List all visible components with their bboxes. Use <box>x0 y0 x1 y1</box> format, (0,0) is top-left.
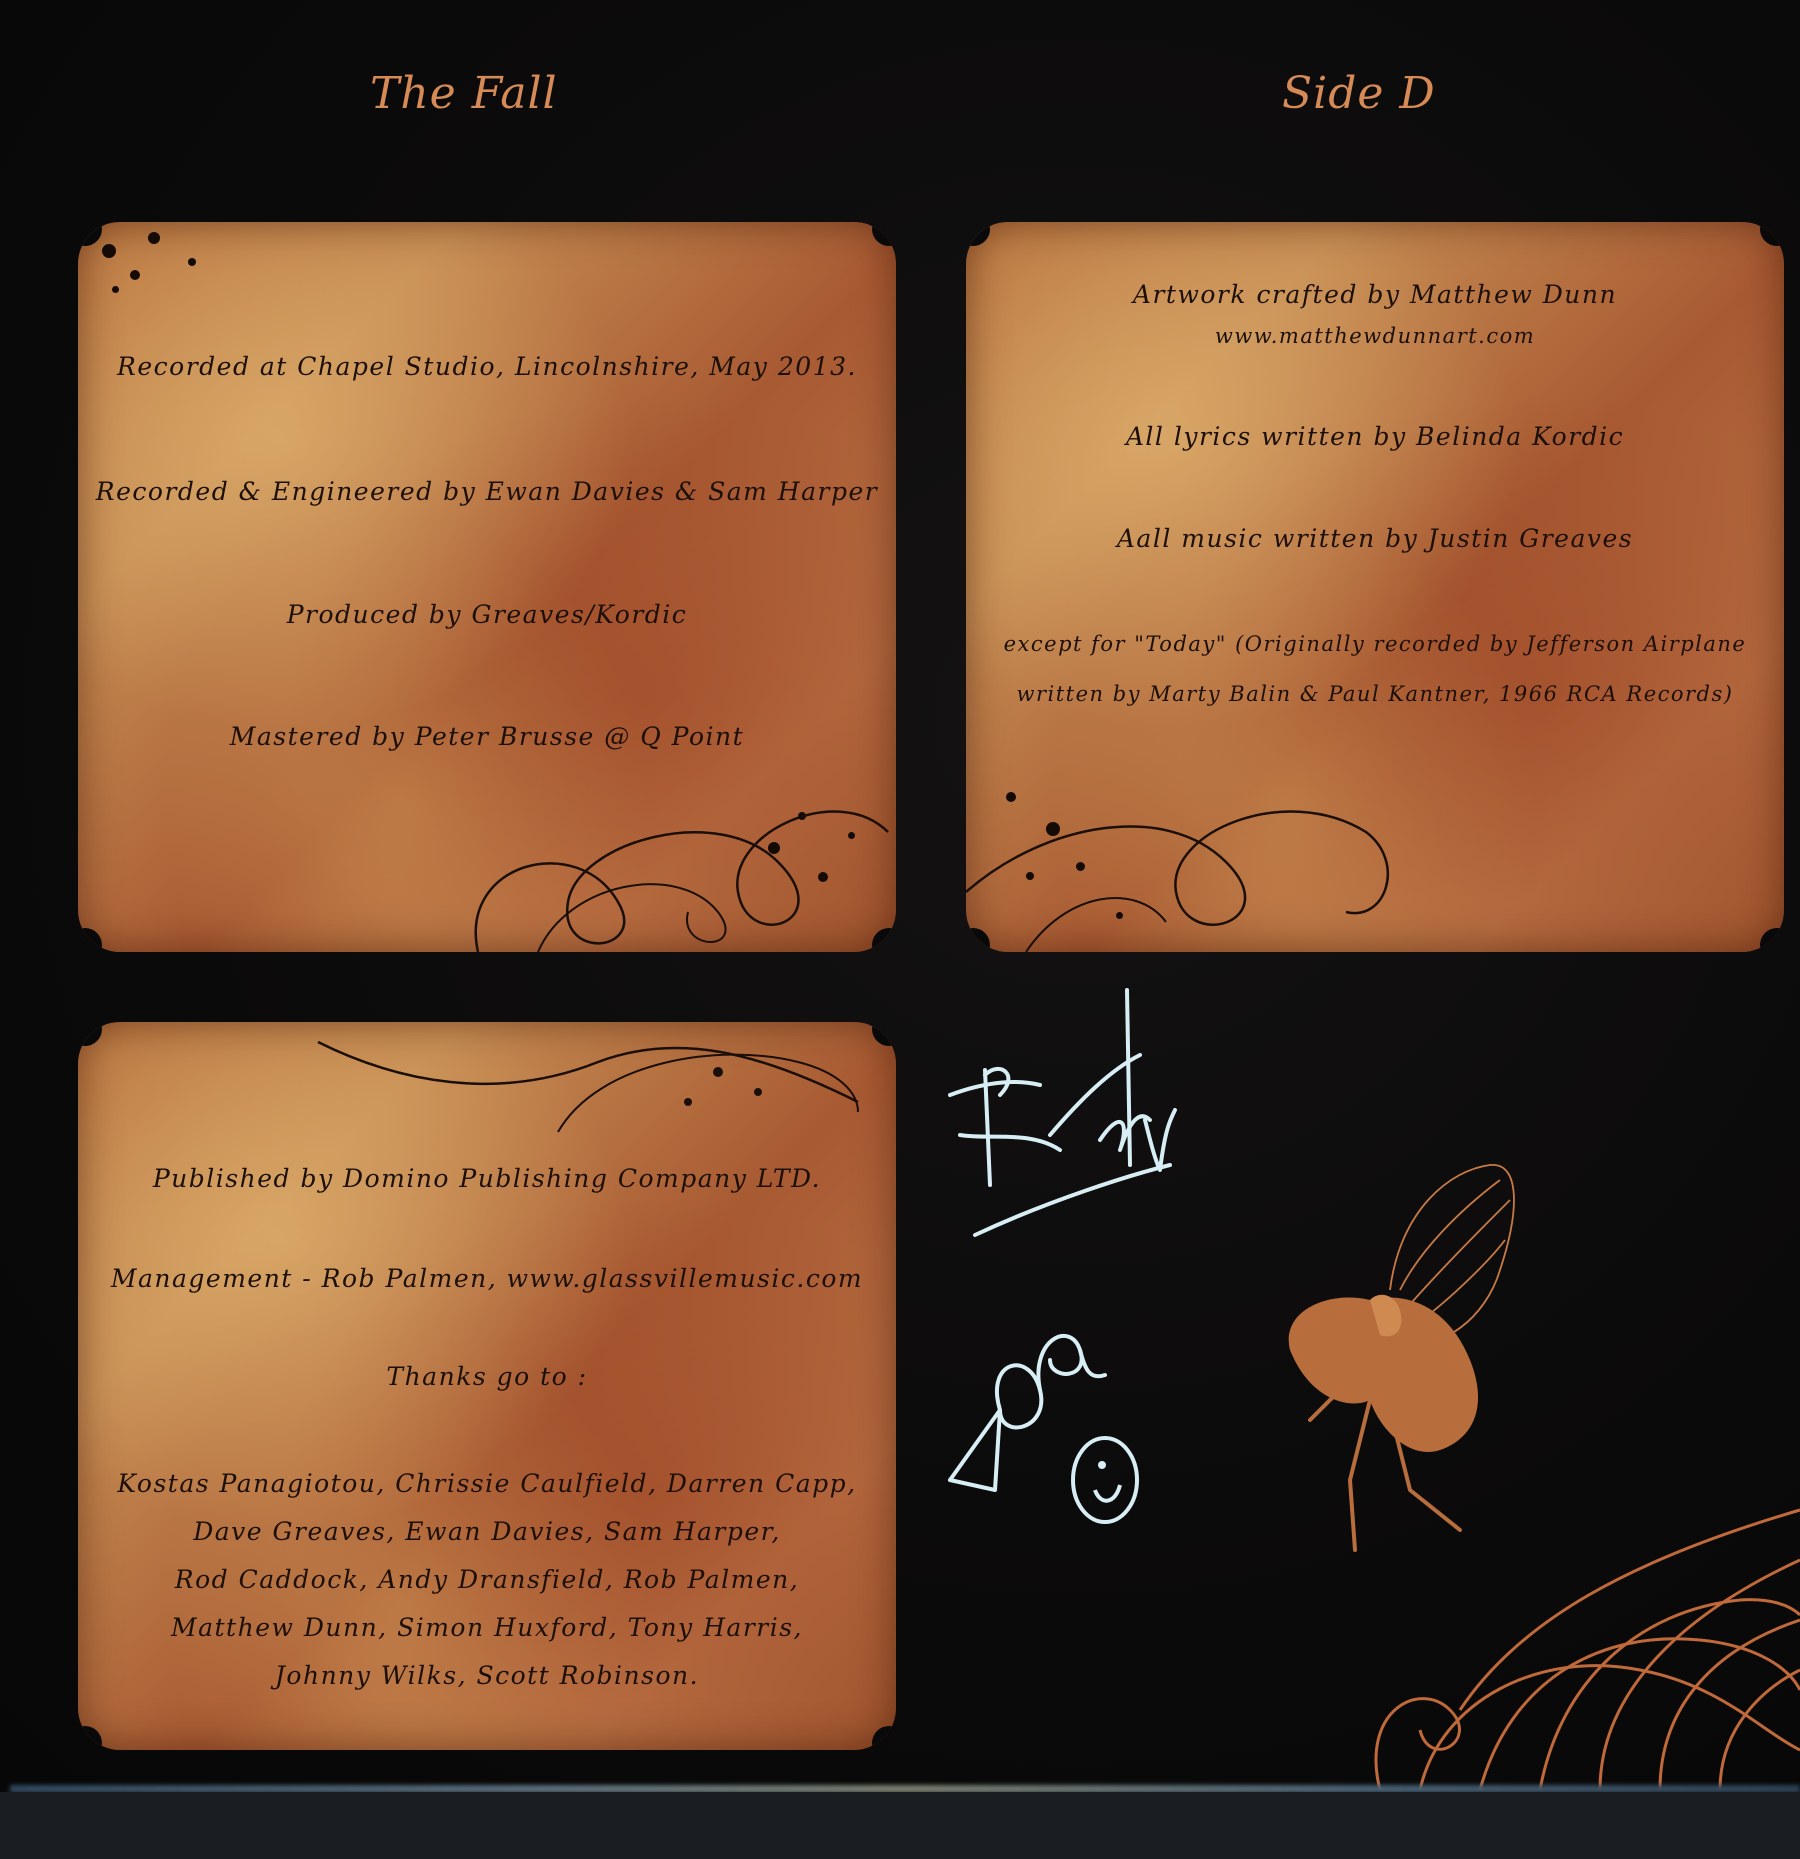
credit-published-by: Published by Domino Publishing Company L… <box>78 1164 896 1193</box>
flourish-swirl <box>966 742 1406 952</box>
thanks-line: Johnny Wilks, Scott Robinson. <box>78 1652 896 1700</box>
thanks-line: Kostas Panagiotou, Chrissie Caulfield, D… <box>78 1460 896 1508</box>
record-sleeve-back: The Fall Side D Recorded at Chapel Studi… <box>0 0 1800 1790</box>
thanks-line: Dave Greaves, Ewan Davies, Sam Harper, <box>78 1508 896 1556</box>
signature-2 <box>930 1300 1190 1560</box>
thanks-line: Rod Caddock, Andy Dransfield, Rob Palmen… <box>78 1556 896 1604</box>
thanks-line: Matthew Dunn, Simon Huxford, Tony Harris… <box>78 1604 896 1652</box>
credit-exception-line-2: written by Marty Balin & Paul Kantner, 1… <box>966 682 1784 706</box>
copper-flourish <box>1340 1450 1800 1790</box>
credit-management: Management - Rob Palmen, www.glassvillem… <box>78 1264 896 1293</box>
scan-background <box>0 1792 1800 1859</box>
credit-mastered-by: Mastered by Peter Brusse @ Q Point <box>78 722 896 751</box>
artwork-website-link: www.matthewdunnart.com <box>966 324 1784 348</box>
panel-writing-credits: Artwork crafted by Matthew Dunn www.matt… <box>966 222 1784 952</box>
credit-exception-line-1: except for "Today" (Originally recorded … <box>966 632 1784 656</box>
smiley-face-icon <box>1073 1438 1137 1522</box>
panel-recording-credits: Recorded at Chapel Studio, Lincolnshire,… <box>78 222 896 952</box>
thanks-list: Kostas Panagiotou, Chrissie Caulfield, D… <box>78 1460 896 1700</box>
credit-lyrics: All lyrics written by Belinda Kordic <box>966 422 1784 451</box>
credit-engineered-by: Recorded & Engineered by Ewan Davies & S… <box>78 477 896 506</box>
flourish-swirl <box>418 742 896 952</box>
side-label: Side D <box>1282 68 1436 119</box>
panel-publishing-thanks: Published by Domino Publishing Company L… <box>78 1022 896 1750</box>
flourish-swirl <box>298 1022 878 1142</box>
credit-produced-by: Produced by Greaves/Kordic <box>78 600 896 629</box>
credit-recorded-at: Recorded at Chapel Studio, Lincolnshire,… <box>78 352 896 381</box>
album-title: The Fall <box>370 68 558 119</box>
credit-music: Aall music written by Justin Greaves <box>966 524 1784 553</box>
thanks-heading: Thanks go to : <box>78 1362 896 1391</box>
credit-artwork: Artwork crafted by Matthew Dunn <box>966 280 1784 309</box>
